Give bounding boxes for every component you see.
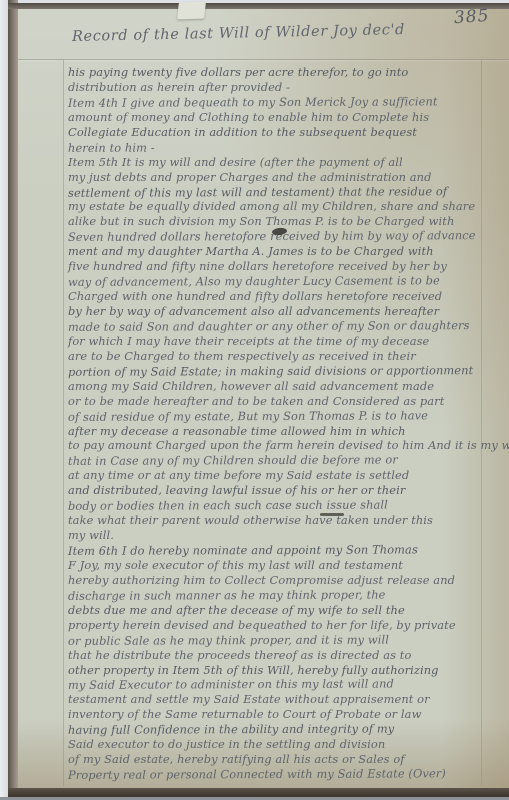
manuscript-line: or to be made hereafter and to be taken … (68, 394, 486, 409)
manuscript-line: to pay amount Charged upon the farm here… (68, 438, 486, 453)
manuscript-line: my just debts and proper Charges and the… (68, 170, 486, 185)
manuscript-line: or public Sale as he may think proper, a… (68, 632, 486, 649)
manuscript-line: Item 4th I give and bequeath to my Son M… (68, 94, 486, 111)
manuscript-line: take what their parent would otherwise h… (68, 513, 486, 528)
manuscript-line: amount of money and Clothing to enable h… (68, 110, 486, 125)
manuscript-line: Item 5th It is my will and desire (after… (68, 155, 486, 170)
manuscript-line: other property in Item 5th of this Will,… (68, 663, 486, 678)
manuscript-line: alike but in such division my Son Thomas… (68, 214, 486, 229)
manuscript-line: that in Case any of my Children should d… (68, 452, 486, 469)
manuscript-line: that he distribute the proceeds thereof … (68, 648, 486, 663)
manuscript-line: property herein devised and bequeathed t… (68, 618, 486, 633)
manuscript-line: debts due me and after the decease of my… (68, 603, 486, 618)
manuscript-line: herein to him - (68, 139, 486, 156)
manuscript-line: my Said Executor to administer on this m… (68, 677, 486, 694)
manuscript-line: portion of my Said Estate; in making sai… (68, 363, 486, 380)
tape-fragment (177, 2, 206, 20)
manuscript-line: of my Said estate, hereby ratifying all … (68, 752, 486, 767)
manuscript-line: distribution as herein after provided - (68, 80, 486, 95)
manuscript-line: his paying twenty five dollars per acre … (68, 65, 486, 80)
manuscript-line: discharge in such manner as he may think… (68, 587, 486, 604)
photo-edge-left (0, 0, 8, 800)
manuscript-line: among my Said Children, however all said… (68, 379, 486, 394)
manuscript-line: having full Confidence in the ability an… (68, 721, 486, 738)
manuscript-line: after my decease a reasonable time allow… (68, 424, 486, 439)
manuscript-line: my estate be equally divided among all m… (68, 199, 486, 214)
manuscript-line: Collegiate Education in addition to the … (68, 125, 486, 140)
manuscript-line: body or bodies then in each such case su… (68, 497, 486, 514)
manuscript-line: settlement of this my last will and test… (68, 184, 486, 201)
manuscript-line: ment and my daughter Martha A. James is … (68, 244, 486, 259)
manuscript-line: of said residue of my estate, But my Son… (68, 408, 486, 425)
page-bottom-shadow (8, 788, 509, 797)
manuscript-line: Property real or personal Connected with… (68, 766, 486, 783)
manuscript-line: Said executor to do justice in the settl… (68, 737, 486, 752)
manuscript-line: Charged with one hundred and fifty dolla… (68, 289, 486, 304)
left-margin-line (63, 60, 64, 786)
manuscript-line: hereby authorizing him to Collect Compro… (68, 573, 486, 588)
scanned-ledger-photo: 385 Record of the last Will of Wilder Jo… (0, 0, 509, 800)
manuscript-line: by her by way of advancement also all ad… (68, 304, 486, 319)
manuscript-line: F Joy, my sole executor of this my last … (68, 558, 486, 573)
header-rule-line (18, 59, 509, 60)
manuscript-body: his paying twenty five dollars per acre … (68, 65, 486, 782)
manuscript-line: are to be Charged to them respectively a… (68, 349, 486, 364)
page-number: 385 (453, 6, 490, 28)
manuscript-line: my will. (68, 528, 486, 543)
strikethrough-mark (320, 513, 344, 516)
manuscript-line: way of advancement, Also my daughter Luc… (68, 273, 486, 290)
manuscript-line: for which I may have their receipts at t… (68, 334, 486, 349)
manuscript-line: at any time or at any time before my Sai… (68, 468, 486, 483)
manuscript-line: made to said Son and daughter or any oth… (68, 318, 486, 335)
manuscript-line: inventory of the Same returnable to Cour… (68, 707, 486, 722)
manuscript-line: Item 6th I do hereby nominate and appoin… (68, 542, 486, 559)
manuscript-line: and distributed, leaving lawful issue of… (68, 483, 486, 498)
book-spine-shadow (8, 0, 18, 800)
manuscript-line: five hundred and fifty nine dollars here… (68, 259, 486, 274)
manuscript-line: testament and settle my Said Estate with… (68, 692, 486, 707)
